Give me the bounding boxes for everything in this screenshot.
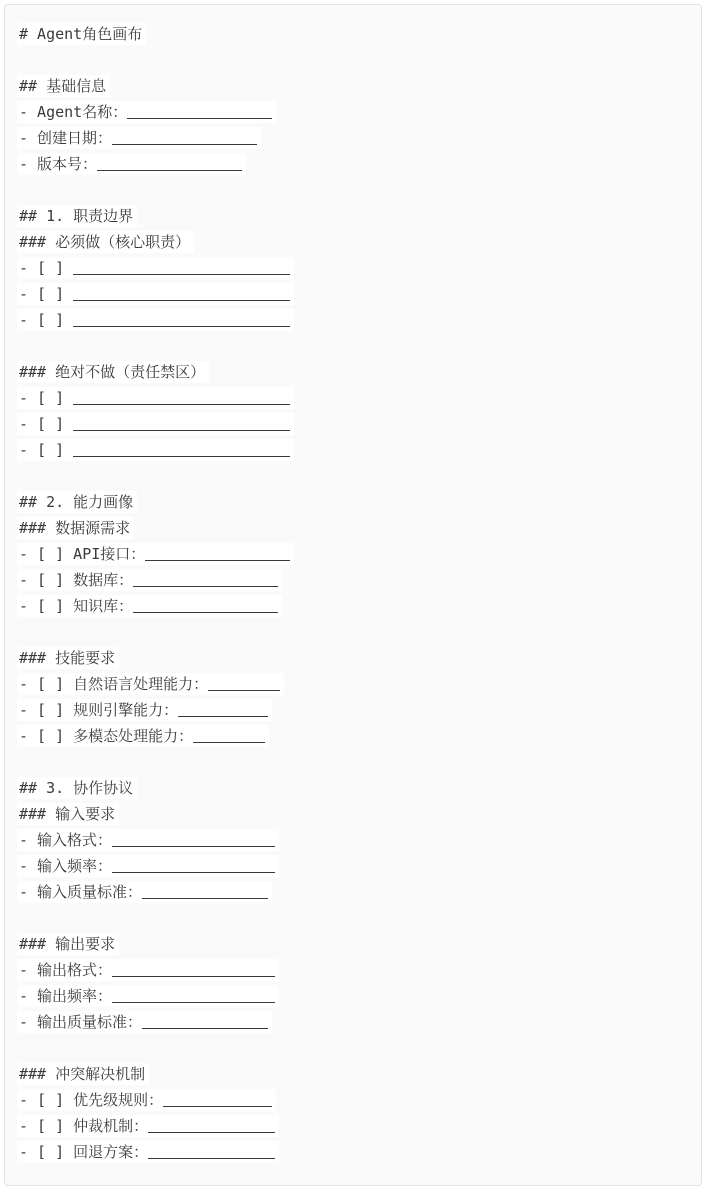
checklist-item-line: - [ ] 知识库：	[17, 593, 689, 619]
fill-in-blank-underline	[112, 990, 275, 1003]
line-highlight: ## 基础信息	[17, 75, 110, 97]
line-highlight: ### 输出要求	[17, 933, 119, 955]
checklist-item-line: - [ ]	[17, 255, 689, 281]
checklist-item-line: - [ ]	[17, 411, 689, 437]
fill-in-blank-underline	[163, 1094, 271, 1107]
line-highlight: - [ ]	[17, 309, 294, 331]
markdown-heading-line: ## 1. 职责边界	[17, 203, 689, 229]
fill-in-blank-underline	[112, 860, 275, 873]
line-text: - [ ] API接口：	[19, 545, 145, 563]
line-highlight: - 输出频率：	[17, 985, 279, 1007]
line-highlight: - 输入频率：	[17, 855, 279, 877]
bullet-item-line: - 输入格式：	[17, 827, 689, 853]
fill-in-blank-underline	[127, 106, 271, 119]
line-highlight: - [ ]	[17, 257, 294, 279]
fill-in-blank-underline	[73, 444, 290, 457]
fill-in-blank-underline	[148, 1120, 274, 1133]
bullet-item-line: - 输入质量标准：	[17, 879, 689, 905]
document-card: # Agent角色画布## 基础信息- Agent名称：- 创建日期：- 版本号…	[4, 4, 702, 1186]
line-highlight: # Agent角色画布	[17, 23, 146, 45]
line-highlight: - [ ]	[17, 413, 294, 435]
line-text: - 输出格式：	[19, 961, 112, 979]
bullet-item-line: - 创建日期：	[17, 125, 689, 151]
checklist-item-line: - [ ] API接口：	[17, 541, 689, 567]
fill-in-blank-underline	[148, 1146, 274, 1159]
blank-line	[17, 1035, 689, 1061]
blank-line	[17, 47, 689, 73]
line-highlight: ### 输入要求	[17, 803, 119, 825]
fill-in-blank-underline	[73, 392, 290, 405]
checklist-item-line: - [ ]	[17, 437, 689, 463]
line-text: - Agent名称：	[19, 103, 127, 121]
fill-in-blank-underline	[73, 418, 290, 431]
fill-in-blank-underline	[112, 964, 275, 977]
blank-line	[17, 463, 689, 489]
bullet-item-line: - 输出质量标准：	[17, 1009, 689, 1035]
fill-in-blank-underline	[97, 158, 241, 171]
bullet-item-line: - 输入频率：	[17, 853, 689, 879]
line-text: - [ ] 自然语言处理能力：	[19, 675, 208, 693]
bullet-item-line: - 输出格式：	[17, 957, 689, 983]
fill-in-blank-underline	[73, 288, 290, 301]
line-text: - 输入质量标准：	[19, 883, 142, 901]
line-highlight: - [ ] 规则引擎能力：	[17, 699, 272, 721]
fill-in-blank-underline	[142, 1016, 268, 1029]
line-text: - 版本号：	[19, 155, 97, 173]
line-highlight: ### 必须做（核心职责）	[17, 231, 194, 253]
fill-in-blank-underline	[193, 730, 265, 743]
line-text: - 输入频率：	[19, 857, 112, 875]
checklist-item-line: - [ ]	[17, 281, 689, 307]
checklist-item-line: - [ ]	[17, 307, 689, 333]
line-text: - 创建日期：	[19, 129, 112, 147]
blank-line	[17, 619, 689, 645]
checklist-item-line: - [ ] 回退方案：	[17, 1139, 689, 1165]
markdown-heading-line: ### 技能要求	[17, 645, 689, 671]
line-highlight: - [ ] 多模态处理能力：	[17, 725, 269, 747]
line-highlight: ### 绝对不做（责任禁区）	[17, 361, 209, 383]
line-highlight: - [ ] 知识库：	[17, 595, 282, 617]
bullet-item-line: - Agent名称：	[17, 99, 689, 125]
checklist-item-line: - [ ] 规则引擎能力：	[17, 697, 689, 723]
line-highlight: - 输入格式：	[17, 829, 279, 851]
checklist-item-line: - [ ] 多模态处理能力：	[17, 723, 689, 749]
line-text: - 输入格式：	[19, 831, 112, 849]
line-highlight: ## 1. 职责边界	[17, 205, 137, 227]
fill-in-blank-underline	[178, 704, 268, 717]
line-highlight: - [ ] 自然语言处理能力：	[17, 673, 284, 695]
fill-in-blank-underline	[73, 262, 290, 275]
line-highlight: - [ ] 仲裁机制：	[17, 1115, 279, 1137]
checklist-item-line: - [ ]	[17, 385, 689, 411]
line-text: - [ ] 回退方案：	[19, 1143, 148, 1161]
checklist-item-line: - [ ] 自然语言处理能力：	[17, 671, 689, 697]
line-highlight: ## 2. 能力画像	[17, 491, 137, 513]
markdown-heading-line: ## 2. 能力画像	[17, 489, 689, 515]
blank-line	[17, 905, 689, 931]
line-text: - [ ]	[19, 389, 73, 407]
bullet-item-line: - 输出频率：	[17, 983, 689, 1009]
blank-line	[17, 177, 689, 203]
line-text: - [ ]	[19, 415, 73, 433]
line-text: - [ ] 优先级规则：	[19, 1091, 163, 1109]
markdown-heading-line: ### 输出要求	[17, 931, 689, 957]
fill-in-blank-underline	[73, 314, 290, 327]
line-highlight: - [ ] 优先级规则：	[17, 1089, 276, 1111]
fill-in-blank-underline	[145, 548, 289, 561]
markdown-heading-line: ### 冲突解决机制	[17, 1061, 689, 1087]
line-highlight: - 版本号：	[17, 153, 246, 175]
line-highlight: - 输出格式：	[17, 959, 279, 981]
line-text: - [ ] 知识库：	[19, 597, 133, 615]
line-text: - [ ] 规则引擎能力：	[19, 701, 178, 719]
line-highlight: ## 3. 协作协议	[17, 777, 137, 799]
fill-in-blank-underline	[133, 574, 277, 587]
line-text: - [ ]	[19, 311, 73, 329]
bullet-item-line: - 版本号：	[17, 151, 689, 177]
line-text: - 输出频率：	[19, 987, 112, 1005]
checklist-item-line: - [ ] 仲裁机制：	[17, 1113, 689, 1139]
line-text: - 输出质量标准：	[19, 1013, 142, 1031]
markdown-heading-line: ## 3. 协作协议	[17, 775, 689, 801]
line-text: - [ ] 仲裁机制：	[19, 1117, 148, 1135]
blank-line	[17, 749, 689, 775]
line-highlight: ### 技能要求	[17, 647, 119, 669]
fill-in-blank-underline	[142, 886, 268, 899]
line-highlight: - [ ]	[17, 387, 294, 409]
line-text: - [ ]	[19, 441, 73, 459]
line-highlight: - [ ]	[17, 283, 294, 305]
line-highlight: - [ ] 回退方案：	[17, 1141, 279, 1163]
checklist-item-line: - [ ] 优先级规则：	[17, 1087, 689, 1113]
line-text: - [ ]	[19, 285, 73, 303]
line-highlight: - 输入质量标准：	[17, 881, 272, 903]
markdown-heading-line: ### 数据源需求	[17, 515, 689, 541]
line-text: - [ ] 多模态处理能力：	[19, 727, 193, 745]
line-highlight: - 输出质量标准：	[17, 1011, 272, 1033]
fill-in-blank-underline	[112, 132, 256, 145]
line-highlight: - [ ]	[17, 439, 294, 461]
checklist-item-line: - [ ] 数据库：	[17, 567, 689, 593]
line-highlight: ### 冲突解决机制	[17, 1063, 149, 1085]
line-text: - [ ] 数据库：	[19, 571, 133, 589]
markdown-heading-line: ## 基础信息	[17, 73, 689, 99]
document-body: # Agent角色画布## 基础信息- Agent名称：- 创建日期：- 版本号…	[17, 21, 689, 1165]
markdown-heading-line: ### 必须做（核心职责）	[17, 229, 689, 255]
line-highlight: - [ ] 数据库：	[17, 569, 282, 591]
markdown-heading-line: # Agent角色画布	[17, 21, 689, 47]
line-highlight: - [ ] API接口：	[17, 543, 294, 565]
markdown-heading-line: ### 输入要求	[17, 801, 689, 827]
line-highlight: - 创建日期：	[17, 127, 261, 149]
line-highlight: - Agent名称：	[17, 101, 276, 123]
line-text: - [ ]	[19, 259, 73, 277]
markdown-heading-line: ### 绝对不做（责任禁区）	[17, 359, 689, 385]
fill-in-blank-underline	[208, 678, 280, 691]
blank-line	[17, 333, 689, 359]
fill-in-blank-underline	[133, 600, 277, 613]
fill-in-blank-underline	[112, 834, 275, 847]
line-highlight: ### 数据源需求	[17, 517, 134, 539]
